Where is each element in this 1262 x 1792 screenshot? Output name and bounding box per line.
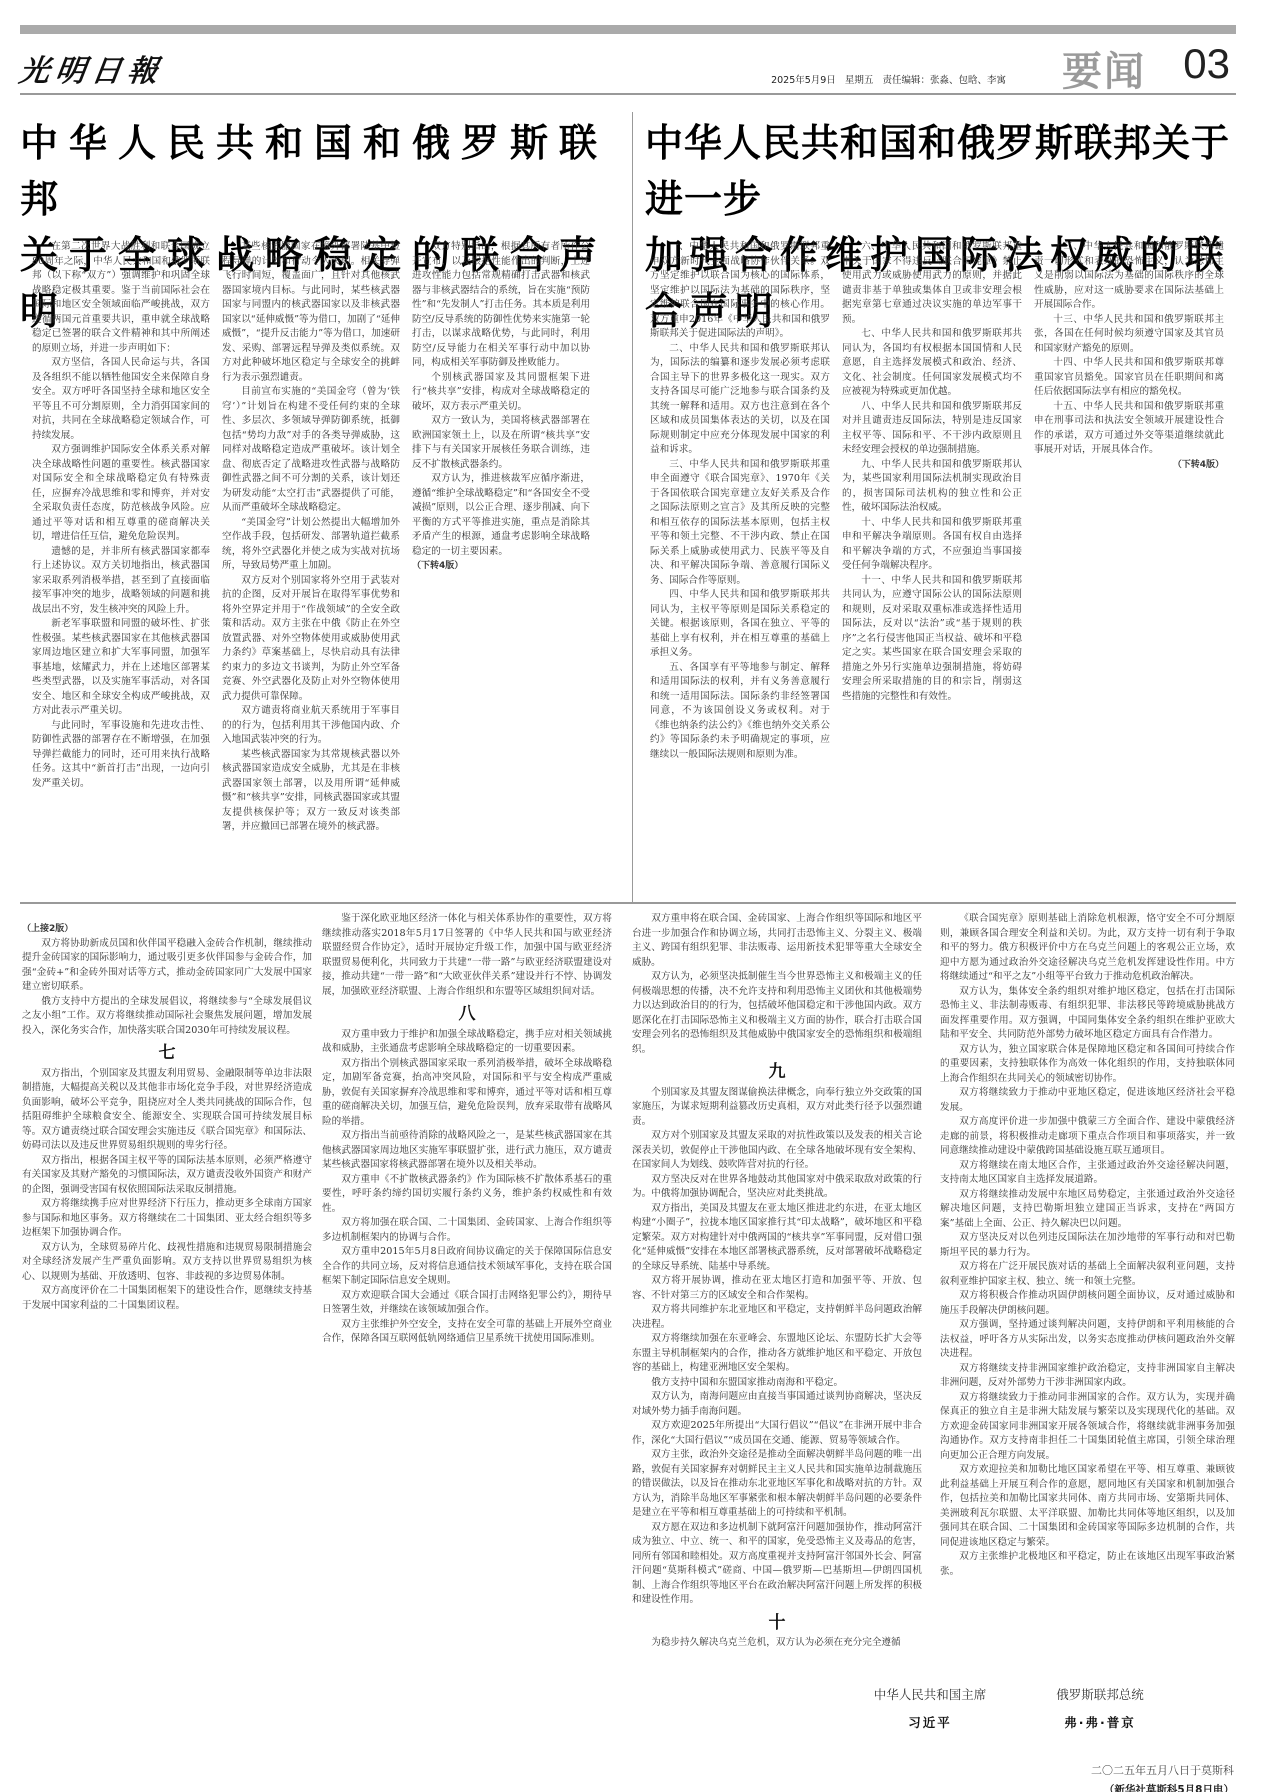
paragraph: 五、各国享有平等地参与制定、解释和适用国际法的权利，并有义务善意履行和统一适用国… (650, 661, 830, 763)
article-right-col2: 六、中华人民共和国和俄罗斯联邦重申关于国家不得违反《联合国宪章》禁止使用武力或威… (842, 240, 1022, 895)
issue-weekday: 星期五 (845, 75, 874, 86)
continuation-note: （下转4版） (412, 561, 463, 571)
paragraph: 双方反对个别国家将外空用于武装对抗的企图，反对开展旨在取得军事优势和将外空界定并… (222, 574, 400, 705)
paragraph: 双方强调维护国际安全体系关系对解决全球战略性问题的重要性。核武器国家对国际安全和… (32, 443, 210, 545)
article-left-col3: 双方特别指出，根据其所有者所作公开宣布，以及根据性能作出的判断，上述进攻性能力包… (412, 240, 590, 895)
headline-left-line1: 中华人民共和国和俄罗斯联邦 (20, 115, 620, 227)
paragraph: 双方将继续加强在东亚峰会、东盟地区论坛、东盟防长扩大会等东盟主导机制框架内的合作… (632, 1332, 922, 1376)
paragraph: 个别国家及其盟友图谋偷换法律概念，向奉行独立外交政策的国家施压，为谋求短期利益篡… (632, 1086, 922, 1130)
signature-china: 中华人民共和国主席 习近平 (845, 1685, 1015, 1731)
article-right-col3: 十二、中华人民共和国和俄罗斯联邦谴责一切形式和表现的恐怖主义，认为恐怖主义是削弱… (1034, 240, 1224, 895)
paragraph: 双方将共同维护东北亚地区和平稳定，支持朝鲜半岛问题政治解决进程。 (632, 1303, 922, 1332)
page-number: 03 (1183, 40, 1230, 88)
paragraph: 双方指出当前亟待消除的战略风险之一，是某些核武器国家在其他核武器国家周边地区实施… (322, 1129, 612, 1173)
paragraph: 双方坚决反对以色列违反国际法在加沙地带的军事行动和对巴勒斯坦平民的暴力行为。 (940, 1231, 1235, 1260)
paragraph: 双方高度评价进一步加强中俄蒙三方全面合作、建设中蒙俄经济走廊的前景，将积极推动走… (940, 1115, 1235, 1159)
paragraph: 双方将加强在联合国、二十国集团、金砖国家、上海合作组织等多边机制框架内的协调与合… (322, 1216, 612, 1245)
issue-date: 2025年5月9日 (771, 75, 836, 86)
paragraph: 双方指出，个别国家及其盟友利用贸易、金融限制等单边非法限制措施，大幅提高关税以及… (22, 1067, 312, 1154)
paragraph: 十、中华人民共和国和俄罗斯联邦重申和平解决争端原则。各国有权自由选择和平解决争端… (842, 516, 1022, 574)
paragraph: 六、中华人民共和国和俄罗斯联邦重申关于国家不得违反《联合国宪章》禁止使用武力或威… (842, 240, 1022, 327)
paragraph: 为稳步持久解决乌克兰危机，双方认为必须在充分完全遵循 (632, 1636, 922, 1651)
paragraph: 双方认为，必须坚决抵制催生当今世界恐怖主义和极端主义的任何极端思想的传播，决不允… (632, 970, 922, 1057)
paragraph: 十一、中华人民共和国和俄罗斯联邦共同认为，应遵守国际公认的国际法原则和规则，反对… (842, 574, 1022, 705)
section-numeral-10: 十 (632, 1616, 922, 1631)
newspaper-logo: 光明日報 (17, 46, 167, 90)
column-divider (632, 112, 633, 902)
masthead-rule (20, 93, 1236, 95)
paragraph: 双方重申《不扩散核武器条约》作为国际核不扩散体系基石的重要性，呼吁条约缔约国切实… (322, 1173, 612, 1217)
issue-meta: 2025年5月9日 星期五 责任编辑：张淼、包晗、李寓 (771, 72, 1006, 86)
paragraph: 双方坚决反对在世界各地鼓动其他国家对中俄采取敌对政策的行为。中俄将加强协调配合，… (632, 1173, 922, 1202)
paragraph: 双方将协助新成员国和伙伴国平稳融入金砖合作机制，继续推动提升金砖国家的国际影响力… (22, 937, 312, 995)
paragraph: 双方主张维护北极地区和平稳定，防止在该地区出现军事政治紧张。 (940, 1550, 1235, 1579)
paragraph: 《联合国宪章》原则基础上消除危机根源，恪守安全不可分割原则，兼顾各国合理安全利益… (940, 912, 1235, 985)
paragraph: 双方将继续在南太地区合作，主张通过政治外交途径解决问题，支持南太地区国家自主选择… (940, 1159, 1235, 1188)
paragraph: 双方将继续支持非洲国家维护政治稳定，支持非洲国家自主解决非洲问题，反对外部势力干… (940, 1362, 1235, 1391)
paragraph: 新老军事联盟和同盟的破坏性、扩张性极强。某些核武器国家在其他核武器国家周边地区建… (32, 617, 210, 719)
news-source: （新华社莫斯科5月8日电） (1091, 1782, 1234, 1792)
paragraph: 目前宣布实施的“美国金穹（曾为‘铁穹’）”计划旨在构建不受任何约束的全球性、多层… (222, 385, 400, 516)
paragraph: 双方重申将在联合国、金砖国家、上海合作组织等国际和地区平台进一步加强合作和协调立… (632, 912, 922, 970)
signature-russia: 俄罗斯联邦总统 弗·弗·普京 (1015, 1685, 1185, 1731)
paragraph: 双方指出，美国及其盟友在亚太地区推进北约东进，在亚太地区构建“小圈子”，拉拢本地… (632, 1202, 922, 1275)
paragraph: 双方特别指出，根据其所有者所作公开宣布，以及根据性能作出的判断，上述进攻性能力包… (412, 240, 590, 371)
paragraph: 双方重申致力于维护和加强全球战略稳定，携手应对相关领域挑战和威胁，主张通盘考虑影… (322, 1028, 612, 1057)
paragraph: 双方认为，全球贸易碎片化、歧视性措施和违规贸易限制措施会对全球经济发展产生严重负… (22, 1241, 312, 1285)
section-numeral-8: 八 (322, 1007, 612, 1022)
paragraph: 个别核武器国家及其同盟框架下进行“核共享”安排，构成对全球战略稳定的破坏，双方表… (412, 371, 590, 415)
paragraph: 双方将积极合作推动巩固伊朗核问题全面协议，反对通过威胁和施压手段解决伊朗核问题。 (940, 1289, 1235, 1318)
paragraph: 与此同时，军事设施和先进攻击性、防御性武器的部署存在不断增强，在加强导弹拦截能力… (32, 719, 210, 792)
paragraph: 十二、中华人民共和国和俄罗斯联邦谴责一切形式和表现的恐怖主义，认为恐怖主义是削弱… (1034, 240, 1224, 313)
paragraph: 某些核武器国家在境外部署陆基中短程导弹的计划和行动令人关切。相关导弹飞行时间短，… (222, 240, 400, 385)
masthead-top-bar (20, 25, 1236, 34)
masthead: 光明日報 2025年5月9日 星期五 责任编辑：张淼、包晗、李寓 要闻 03 (20, 38, 1236, 94)
paragraph: 十五、中华人民共和国和俄罗斯联邦重申在刑事司法和执法安全领域开展建设性合作的承诺… (1034, 400, 1224, 458)
lower-col1: （上接2版） 双方将协助新成员国和伙伴国平稳融入金砖合作机制，继续推动提升金砖国… (22, 922, 312, 1782)
paragraph: 双方认为，南海问题应由直接当事国通过谈判协商解决，坚决反对域外势力插手南海问题。 (632, 1390, 922, 1419)
section-numeral-9: 九 (632, 1065, 922, 1080)
paragraph: 十三、中华人民共和国和俄罗斯联邦主张，各国在任何时候均须遵守国家及其官员和国家财… (1034, 313, 1224, 357)
dateline-place: 二〇二五年五月八日于莫斯科 (1091, 1764, 1234, 1777)
paragraph: 双方对个别国家及其盟友采取的对抗性政策以及发表的相关言论深表关切，敦促停止干涉他… (632, 1129, 922, 1173)
lower-col2: 鉴于深化欧亚地区经济一体化与相关体系协作的重要性，双方将继续推动落实2018年5… (322, 912, 612, 1782)
paragraph: 双方认为，推进核裁军应循序渐进，遵循“维护全球战略稳定”和“各国安全不受减损”原… (412, 472, 590, 559)
paragraph: 双方将继续推动发展中东地区局势稳定，主张通过政治外交途径解决地区问题，支持巴勒斯… (940, 1188, 1235, 1232)
paragraph: 八、中华人民共和国和俄罗斯联邦反对并且谴责违反国际法，特别是违反国家主权平等、国… (842, 400, 1022, 458)
lower-col4: 《联合国宪章》原则基础上消除危机根源，恪守安全不可分割原则，兼顾各国合理安全利益… (940, 912, 1235, 1670)
paragraph: 三、中华人民共和国和俄罗斯联邦重申全面遵守《联合国宪章》、1970年《关于各国依… (650, 458, 830, 589)
paragraph: 双方将开展协调，推动在亚太地区打造和加强平等、开放、包容、不针对第三方的区域安全… (632, 1274, 922, 1303)
article-right-col1: 一、中华人民共和国和俄罗斯联邦重申双方新时代全面战略协作伙伴关系。双方坚定维护以… (650, 240, 830, 895)
paragraph: 二、中华人民共和国和俄罗斯联邦认为，国际法的编纂和逐步发展必须考虑联合国主导下的… (650, 342, 830, 458)
paragraph: 双方高度评价在二十国集团框架下的建设性合作，愿继续支持基于发展中国家利益的二十国… (22, 1284, 312, 1313)
paragraph: 双方欢迎联合国大会通过《联合国打击网络犯罪公约》，期待早日签署生效，并继续在该领… (322, 1289, 612, 1318)
paragraph: 双方强调，坚持通过谈判解决问题，支持伊朗和平利用核能的合法权益，呼吁各方从实际出… (940, 1318, 1235, 1362)
paragraph: 双方指出，根据各国主权平等的国际法基本原则，必须严格遵守有关国家及其财产豁免的习… (22, 1154, 312, 1198)
paragraph: 双方认为，集体安全条约组织对维护地区稳定，包括在打击国际恐怖主义、非法制毒贩毒、… (940, 985, 1235, 1043)
paragraph: 双方重申2015年5月8日政府间协议确定的关于保障国际信息安全合作的共同立场，反… (322, 1245, 612, 1289)
paragraph: 双方将继续致力于推动同非洲国家的合作。双方认为，实现并确保真正的独立自主是非洲大… (940, 1391, 1235, 1464)
paragraph: 四、中华人民共和国和俄罗斯联邦共同认为，主权平等原则是国际关系稳定的关键。根据该… (650, 588, 830, 661)
paragraph: 双方欢迎2025年所提出“大国行倡议”“倡议”在非洲开展中非合作，深化“大国行倡… (632, 1419, 922, 1448)
paragraph: 双方一致认为，美国将核武器部署在欧洲国家领土上，以及在所谓“核共享”安排下与有关… (412, 414, 590, 472)
paragraph: 双方谴责将商业航天系统用于军事目的的行为，包括利用其干涉他国内政、介入地国武装冲… (222, 704, 400, 748)
dateline: 二〇二五年五月八日于莫斯科 （新华社莫斯科5月8日电） (1091, 1762, 1234, 1792)
paragraph: 双方欢迎拉美和加勒比地区国家希望在平等、相互尊重、兼顾彼此利益基础上开展互利合作… (940, 1463, 1235, 1550)
paragraph: 双方主张，政治外交途径是推动全面解决朝鲜半岛问题的唯一出路，敦促有关国家摒弃对朝… (632, 1448, 922, 1521)
section-divider (20, 902, 1236, 904)
article-left-col1: 在第二次世界大战胜利和联合国成立80周年之际，中华人民共和国和俄罗斯联邦（以下称… (32, 240, 210, 895)
editors: 责任编辑：张淼、包晗、李寓 (882, 75, 1006, 86)
signatory-title: 中华人民共和国主席 (845, 1685, 1015, 1703)
paragraph: 双方将在广泛开展民族对话的基础上全面解决叙利亚问题，支持叙利亚维护国家主权、独立… (940, 1260, 1235, 1289)
signatory-name: 弗·弗·普京 (1015, 1713, 1185, 1731)
paragraph: 双方愿在双边和多边机制下就阿富汗问题加强协作，推动阿富汗成为独立、中立、统一、和… (632, 1521, 922, 1608)
paragraph: “美国金穹”计划公然提出大幅增加外空作战手段，包括研发、部署轨道拦截系统，将外空… (222, 516, 400, 574)
paragraph: 双方将继续携手应对世界经济下行压力，推动更多全球南方国家参与国际和地区事务。双方… (22, 1197, 312, 1241)
lower-col3: 双方重申将在联合国、金砖国家、上海合作组织等国际和地区平台进一步加强合作和协调立… (632, 912, 922, 1782)
paragraph: 双方指出个别核武器国家采取一系列消极举措，破坏全球战略稳定，加剧军备竞赛，抬高冲… (322, 1057, 612, 1130)
paragraph: 某些核武器国家为其常规核武器以外核武器国家造成安全威胁，尤其是在非核武器国家领土… (222, 748, 400, 835)
paragraph: 俄方支持中方提出的全球发展倡议，将继续参与“全球发展倡议之友小组”工作。双方将继… (22, 995, 312, 1039)
continuation-note: （下转4版） (1034, 458, 1224, 473)
paragraph: 遗憾的是，并非所有核武器国家都奉行上述协议。双方关切地指出，核武器国家采取系列消… (32, 545, 210, 618)
paragraph: 十四、中华人民共和国和俄罗斯联邦尊重国家官员豁免。国家官员在任职期间和离任后依据… (1034, 356, 1224, 400)
paragraph: 双方认为，独立国家联合体是保障地区稳定和各国间可持续合作的重要因素，支持独联体作… (940, 1043, 1235, 1087)
paragraph: 九、中华人民共和国和俄罗斯联邦认为，某些国家利用国际法机制实现政治目的，损害国际… (842, 458, 1022, 516)
paragraph: 鉴于深化欧亚地区经济一体化与相关体系协作的重要性，双方将继续推动落实2018年5… (322, 912, 612, 999)
section-numeral-7: 七 (22, 1046, 312, 1061)
paragraph: 双方坚信，各国人民命运与共，各国及各组织不能以牺牲他国安全来保障自身安全。双方呼… (32, 356, 210, 443)
signatory-name: 习近平 (845, 1713, 1015, 1731)
section-name: 要闻 (1062, 40, 1146, 97)
paragraph: 双方主张维护外空安全，支持在安全可靠的基础上开展外空商业合作，保障各国互联网低轨… (322, 1318, 612, 1347)
article-left-col2: 某些核武器国家在境外部署陆基中短程导弹的计划和行动令人关切。相关导弹飞行时间短，… (222, 240, 400, 895)
paragraph: 双方将继续致力于推动中亚地区稳定，促进该地区经济社会平稳发展。 (940, 1086, 1235, 1115)
paragraph: 七、中华人民共和国和俄罗斯联邦共同认为，各国均有权根据本国国情和人民意愿，自主选… (842, 327, 1022, 400)
signatory-title: 俄罗斯联邦总统 (1015, 1685, 1185, 1703)
paragraph: 一、中华人民共和国和俄罗斯联邦重申双方新时代全面战略协作伙伴关系。双方坚定维护以… (650, 240, 830, 342)
paragraph: 在第二次世界大战胜利和联合国成立80周年之际，中华人民共和国和俄罗斯联邦（以下称… (32, 240, 210, 356)
continued-from-note: （上接2版） (22, 922, 312, 937)
headline-right-line1: 中华人民共和国和俄罗斯联邦关于进一步 (645, 115, 1245, 227)
paragraph: 俄方支持中国和东盟国家推动南海和平稳定。 (632, 1376, 922, 1391)
